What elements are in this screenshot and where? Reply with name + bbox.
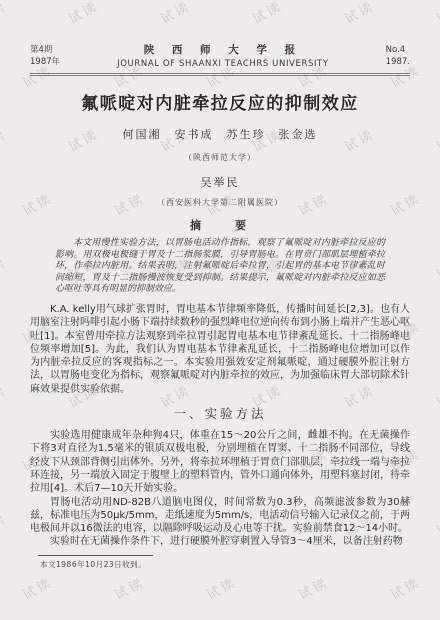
intro-paragraph: K.A. kelly用气球扩张胃时，胃电基本节律频率降低，传播时间延长[2,3]… <box>30 303 410 396</box>
header-divider <box>30 73 410 76</box>
journal-title-cn: 陕 西 师 大 学 报 <box>60 42 386 57</box>
abstract-text: 本文用慢性实验方法，以胃肠电活动作指标，观察了氟哌啶对内脏牵拉反应的影响。用双极… <box>55 238 385 296</box>
header-issue-right: No.4 1987. <box>386 44 410 68</box>
issue-year: 1987年 <box>30 56 60 68</box>
header-issue-left: 第4期 1987年 <box>30 44 60 68</box>
scanned-paper-page: 第4期 1987年 陕 西 师 大 学 报 JOURNAL OF SHAANXI… <box>0 0 440 620</box>
abstract-heading: 摘 要 <box>30 217 410 233</box>
authors-group-2: 吴举民 <box>30 174 410 190</box>
journal-header: 第4期 1987年 陕 西 师 大 学 报 JOURNAL OF SHAANXI… <box>30 42 410 69</box>
page-content: 第4期 1987年 陕 西 师 大 学 报 JOURNAL OF SHAANXI… <box>0 0 440 620</box>
issue-year-en: 1987. <box>386 56 410 68</box>
header-journal-name: 陕 西 师 大 学 报 JOURNAL OF SHAANXI TEACHRS U… <box>60 42 386 69</box>
footnote-divider <box>38 555 153 556</box>
issue-number-en: No.4 <box>386 44 410 56</box>
received-date-footnote: 本文1986年10月23日收到。 <box>40 559 410 570</box>
section-heading-methods: 一、实验方法 <box>30 404 410 422</box>
journal-title-en: JOURNAL OF SHAANXI TEACHRS UNIVERSITY <box>60 59 386 69</box>
authors-group-1: 何国湘 安书成 苏生珍 张金选 <box>30 126 410 142</box>
methods-paragraph-3: 实验时在无菌操作条件下，进行硬膜外腔穿刺置入导管3～4厘米，以备注射药物 <box>30 535 410 548</box>
methods-paragraph-1: 实验选用健康成年杂种狗4只，体重在15～20公斤之间，雌雄不拘。在无菌操作下将3… <box>30 429 410 495</box>
affiliation-1: （陕西师范大学） <box>30 152 410 163</box>
article-title: 氟哌啶对内脏牵拉反应的抑制效应 <box>30 89 410 114</box>
issue-number: 第4期 <box>30 44 60 56</box>
methods-paragraph-2: 胃肠电活动用ND-82B八道脑电图仪，时间常数为0.3秒，高频滤波参数为30赫兹… <box>30 496 410 536</box>
affiliation-2: （西安医科大学第二附属医院） <box>30 197 410 208</box>
